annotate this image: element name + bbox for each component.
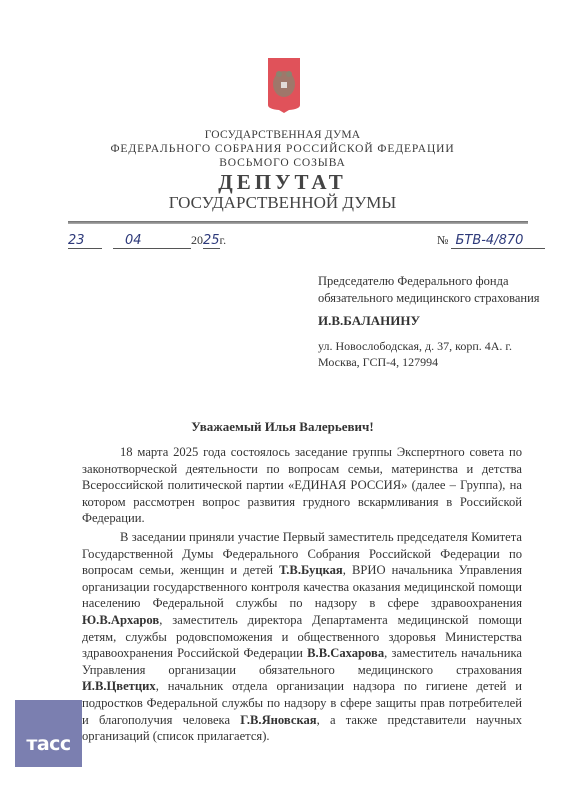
recipient-name: И.В.БАЛАНИНУ — [318, 313, 548, 330]
date-year-prefix: 20 — [191, 233, 203, 247]
participant-name: В.В.Сахарова — [307, 646, 384, 660]
letterhead-line-convocation: ВОСЬМОГО СОЗЫВА — [0, 156, 565, 170]
participant-name: Ю.В.Архаров — [82, 613, 159, 627]
salutation: Уважаемый Илья Валерьевич! — [0, 419, 565, 435]
participant-name: Г.В.Яновская — [240, 713, 316, 727]
tass-logo-label: тасс — [26, 733, 70, 755]
paragraph-2: В заседании приняли участие Первый замес… — [82, 529, 522, 745]
letterhead-divider — [68, 221, 528, 224]
russian-coat-of-arms-icon — [267, 57, 301, 114]
date-day: 23 — [68, 233, 85, 248]
date-month: 04 — [125, 233, 142, 248]
tass-watermark-logo: тасс — [15, 700, 82, 767]
document-date: 23 042025г. — [68, 233, 226, 249]
letterhead-subtitle: ГОСУДАРСТВЕННОЙ ДУМЫ — [0, 193, 565, 213]
number-value: БТВ-4/870 — [455, 233, 523, 248]
document-number: № БТВ-4/870 — [437, 233, 545, 249]
paragraph-1: 18 марта 2025 года состоялось заседание … — [82, 444, 522, 527]
recipient-position: Председателю Федерального фонда обязател… — [318, 273, 548, 306]
recipient-block: Председателю Федерального фонда обязател… — [318, 273, 548, 371]
paragraph-1-text: 18 марта 2025 года состоялось заседание … — [82, 444, 522, 527]
date-year-unit: г. — [220, 233, 227, 247]
date-year-suffix: 25 — [203, 233, 220, 248]
number-label: № — [437, 233, 448, 247]
letterhead-line-federal-assembly: ФЕДЕРАЛЬНОГО СОБРАНИЯ РОССИЙСКОЙ ФЕДЕРАЦ… — [0, 142, 565, 156]
participant-name: И.В.Цветцих — [82, 679, 156, 693]
participant-name: Т.В.Буцкая — [279, 563, 343, 577]
letterhead-line-duma: ГОСУДАРСТВЕННАЯ ДУМА — [0, 128, 565, 142]
letterhead-title: ДЕПУТАТ — [0, 170, 565, 194]
recipient-address: ул. Новослободская, д. 37, корп. 4А. г. … — [318, 338, 548, 371]
